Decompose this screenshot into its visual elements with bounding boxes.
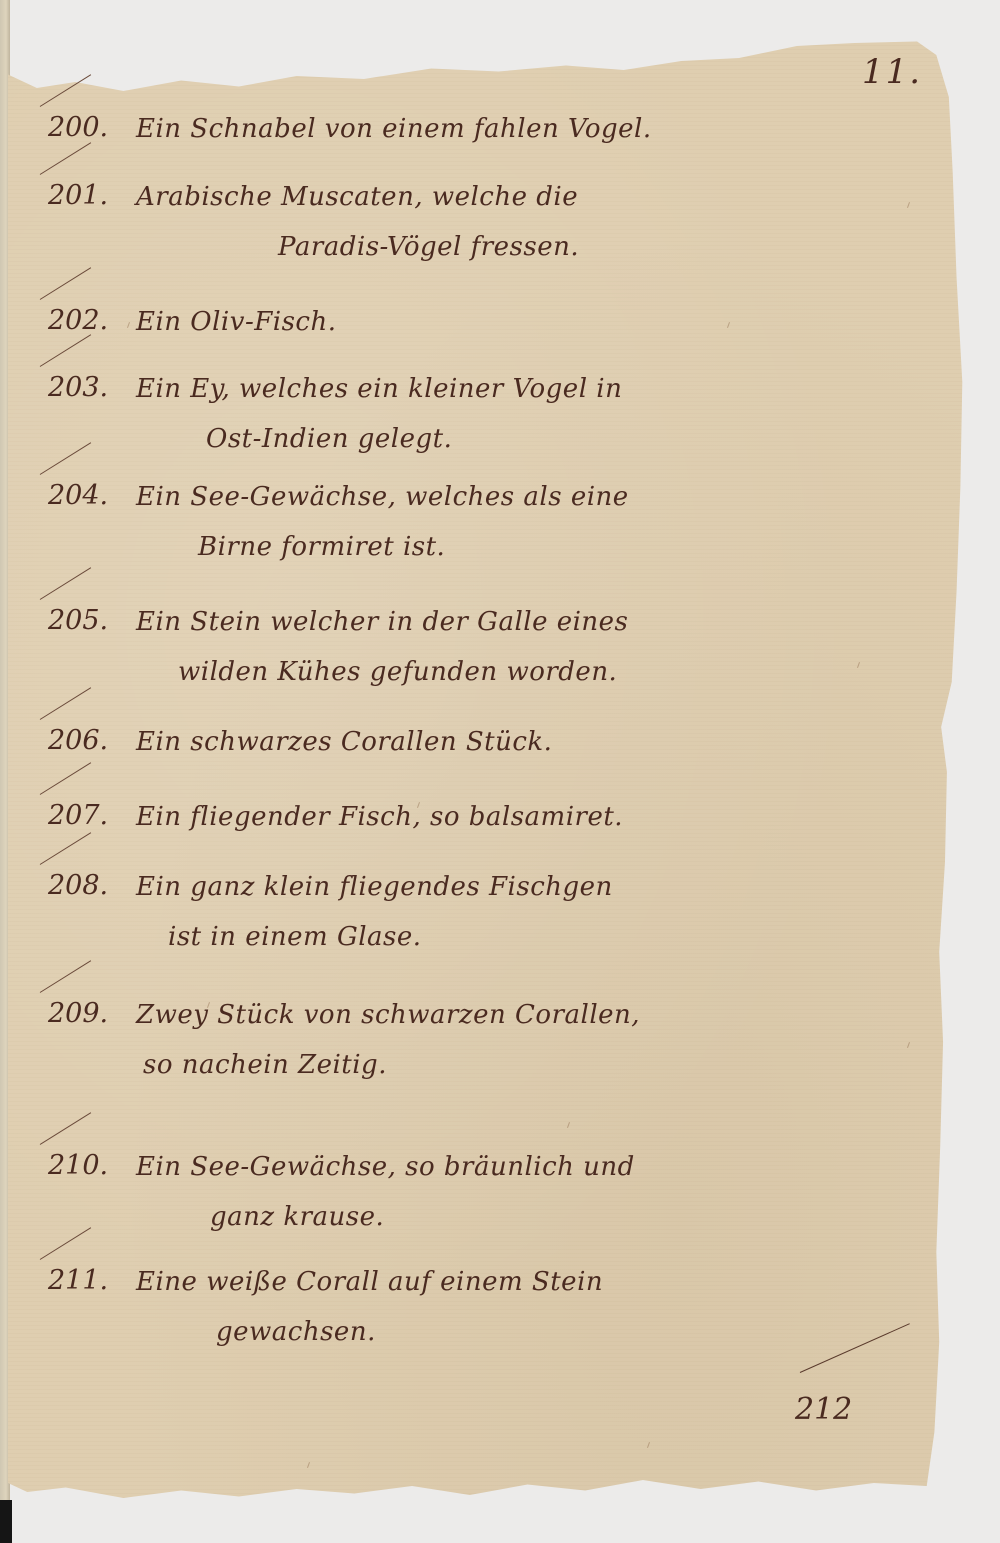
entry-number: 205. <box>48 605 128 636</box>
entry-text-continued: ist in einem Glase. <box>168 922 422 952</box>
entry-number: 206. <box>48 725 128 756</box>
binding-shadow <box>0 1500 12 1543</box>
entry-text-continued: gewachsen. <box>216 1317 376 1347</box>
entry-number: 203. <box>48 372 128 403</box>
entry-number: 204. <box>48 480 128 511</box>
entry-text: Ein Oliv-Fisch. <box>136 307 337 337</box>
entry-text-continued: Ost-Indien gelegt. <box>206 424 452 454</box>
catchword: 212 <box>795 1392 852 1427</box>
entry-text: Ein Schnabel von einem fahlen Vogel. <box>136 114 652 144</box>
entry-text: Ein Stein welcher in der Galle eines <box>136 607 628 637</box>
entry-text: Eine weiße Corall auf einem Stein <box>136 1267 603 1297</box>
entry-text: Zwey Stück von schwarzen Corallen, <box>136 1000 640 1030</box>
entry-number: 207. <box>48 800 128 831</box>
entry-text: Ein ganz klein fliegendes Fischgen <box>136 872 613 902</box>
entry-number: 208. <box>48 870 128 901</box>
entry-number: 209. <box>48 998 128 1029</box>
entry-number: 202. <box>48 305 128 336</box>
folio-number: 11. <box>862 52 922 92</box>
entry-text: Ein schwarzes Corallen Stück. <box>136 727 552 757</box>
entry-text-continued: Birne formiret ist. <box>198 532 445 562</box>
entry-text: Ein See-Gewächse, so bräunlich und <box>136 1152 635 1182</box>
entry-text: Ein Ey, welches ein kleiner Vogel in <box>136 374 622 404</box>
entry-number: 211. <box>48 1265 128 1296</box>
entry-number: 201. <box>48 180 128 211</box>
entry-text: Ein See-Gewächse, welches als eine <box>136 482 629 512</box>
entry-number: 210. <box>48 1150 128 1181</box>
entry-number: 200. <box>48 112 128 143</box>
entry-text: Arabische Muscaten, welche die <box>136 182 578 212</box>
entry-text-continued: wilden Kühes gefunden worden. <box>178 657 617 687</box>
entry-text-continued: ganz krause. <box>210 1202 384 1232</box>
entry-text: Ein fliegender Fisch, so balsamiret. <box>136 802 623 832</box>
entry-text-continued: Paradis-Vögel fressen. <box>278 232 579 262</box>
entry-text-continued: so nachein Zeitig. <box>143 1050 387 1080</box>
